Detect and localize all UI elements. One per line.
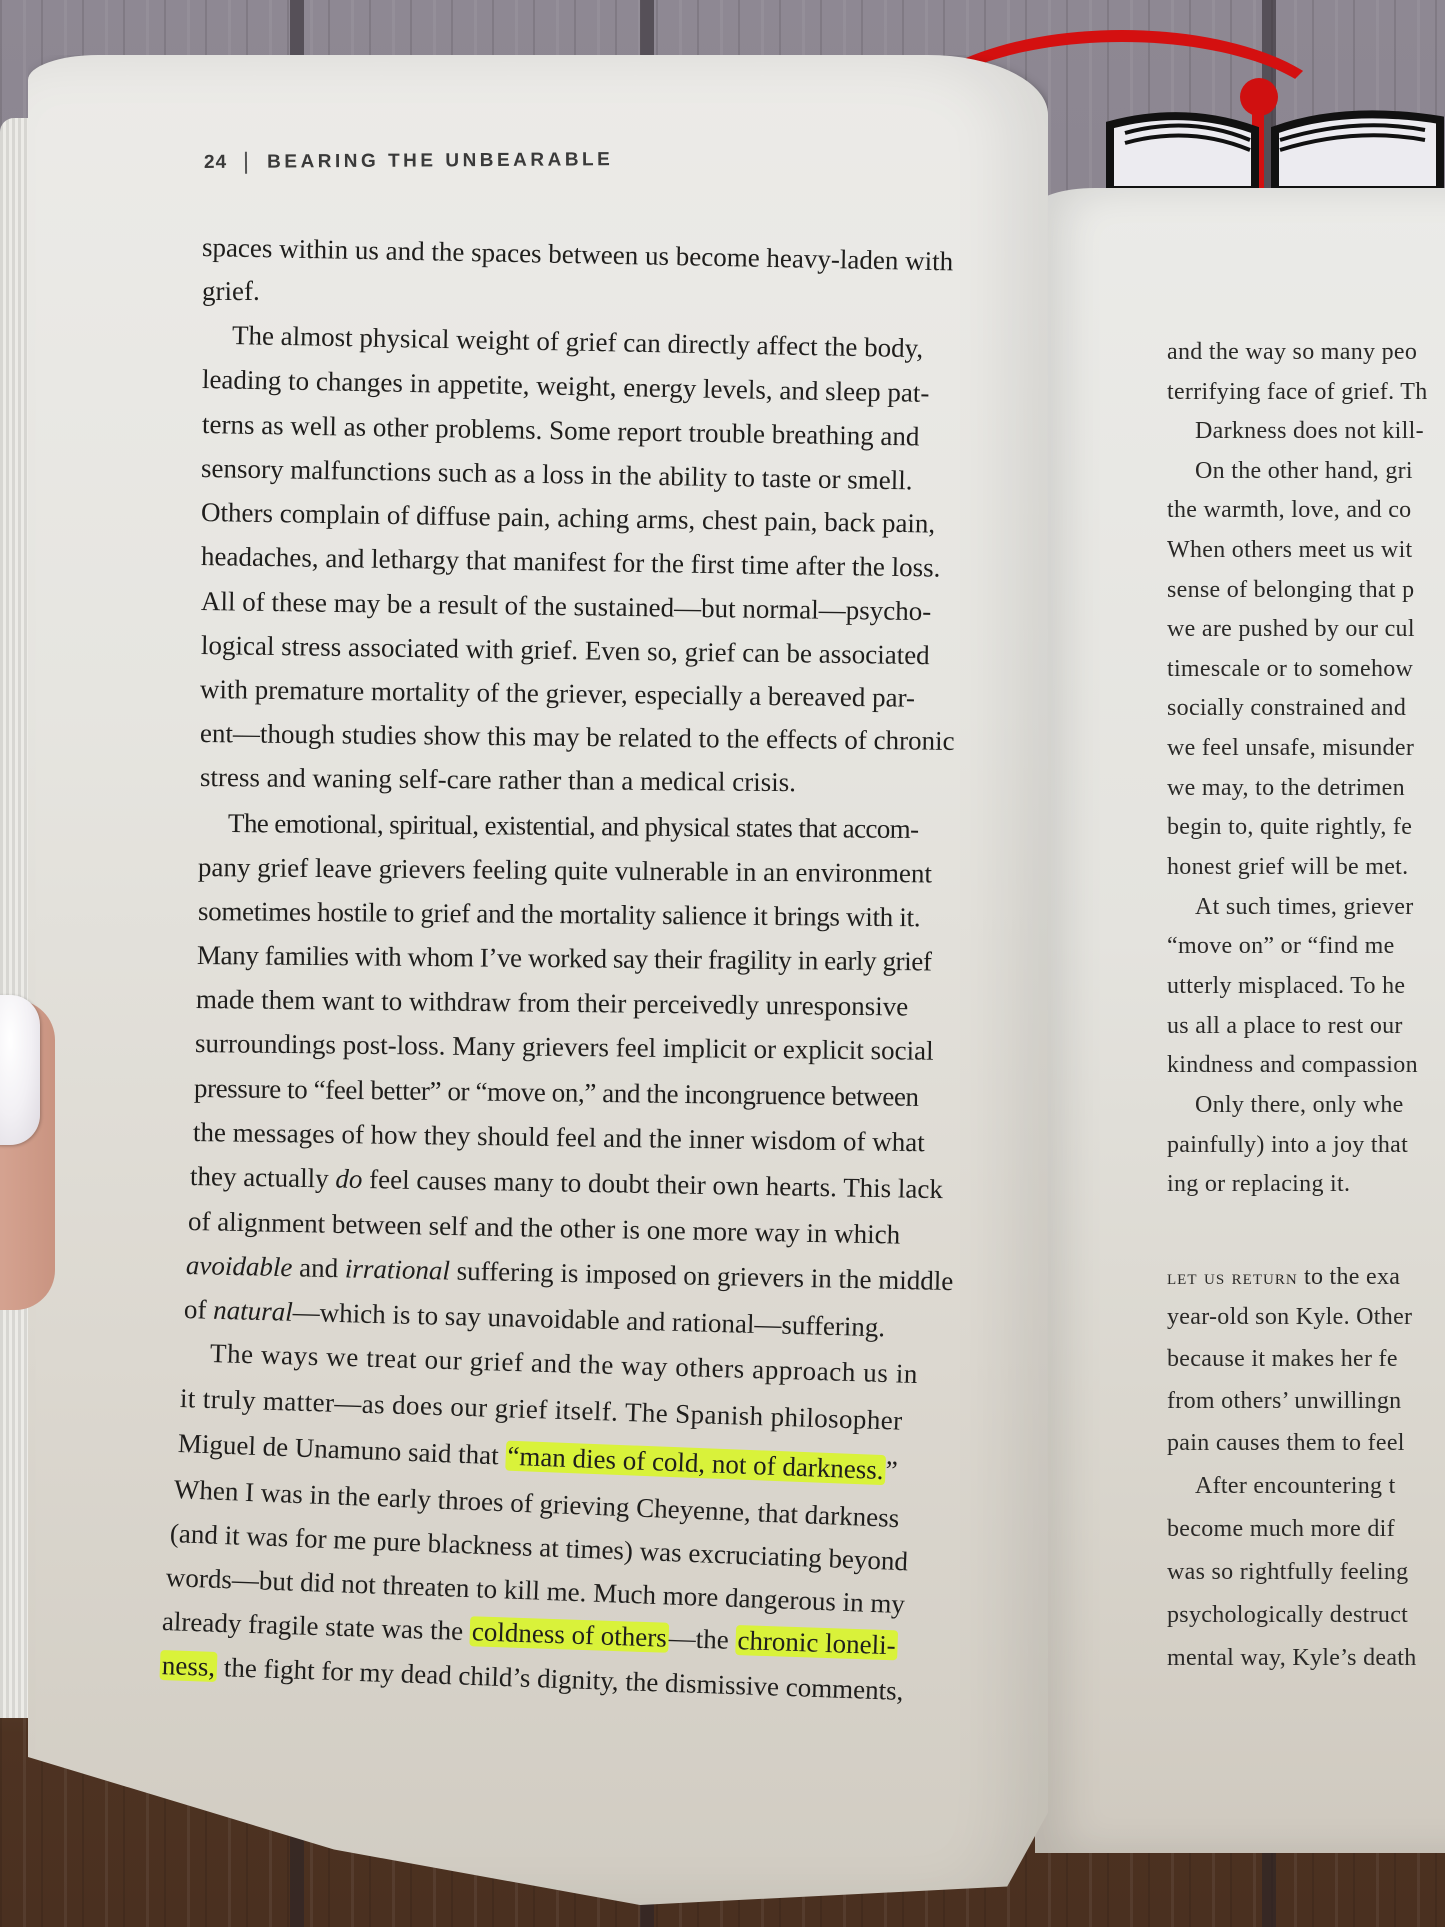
text-line: we feel unsafe, misunder — [1167, 734, 1414, 762]
text-line: socially constrained and — [1167, 694, 1406, 722]
text-line: was so rightfully feeling — [1167, 1558, 1408, 1586]
italic-text: natural — [213, 1295, 293, 1327]
italic-text: avoidable — [186, 1250, 293, 1282]
text-line: honest grief will be met. — [1167, 853, 1408, 881]
text-line: Many families with whom I’ve worked say … — [197, 940, 932, 976]
text-span: ” — [885, 1455, 898, 1485]
italic-text: irrational — [345, 1253, 451, 1285]
header-divider — [245, 152, 247, 174]
text-line: the warmth, love, and co — [1167, 496, 1411, 524]
text-line: timescale or to somehow — [1167, 655, 1413, 683]
text-line: begin to, quite rightly, fe — [1167, 813, 1412, 841]
bookmark — [1105, 105, 1445, 195]
small-caps-lead: let us return — [1167, 1264, 1298, 1289]
text-line: sense of belonging that p — [1167, 576, 1414, 604]
text-line: from others’ unwillingn — [1167, 1387, 1401, 1415]
text-line: On the other hand, gri — [1195, 457, 1413, 485]
italic-text: do — [335, 1164, 363, 1194]
text-span: to the exa — [1298, 1264, 1401, 1290]
book-title: BEARING THE UNBEARABLE — [267, 149, 613, 172]
text-line: us all a place to rest our — [1167, 1012, 1403, 1040]
text-line: The emotional, spiritual, existential, a… — [228, 808, 919, 844]
text-span: and — [292, 1252, 345, 1283]
text-line: mental way, Kyle’s death — [1167, 1644, 1417, 1672]
text-line: painfully) into a joy that — [1167, 1131, 1408, 1159]
text-line: psychologically destruct — [1167, 1601, 1408, 1629]
text-line: kindness and compassion — [1167, 1051, 1418, 1079]
text-line: we are pushed by our cul — [1167, 615, 1415, 643]
section-start-line: let us return to the exa — [1167, 1263, 1400, 1291]
highlighted-text: ness, — [159, 1650, 217, 1682]
running-head: 24BEARING THE UNBEARABLE — [204, 149, 613, 174]
text-line: we may, to the detrimen — [1167, 774, 1405, 802]
text-line: grief. — [202, 276, 260, 306]
text-line: pain causes them to feel — [1167, 1429, 1405, 1457]
text-line: “move on” or “find me — [1167, 932, 1395, 960]
text-line: After encountering t — [1195, 1472, 1396, 1500]
text-line: become much more dif — [1167, 1515, 1395, 1543]
page-number: 24 — [204, 152, 227, 173]
text-line: stress and waning self-care rather than … — [200, 762, 796, 797]
text-line: utterly misplaced. To he — [1167, 972, 1405, 1000]
text-line: and the way so many peo — [1167, 338, 1417, 366]
text-line: year-old son Kyle. Other — [1167, 1303, 1412, 1331]
text-line: pany grief leave grievers feeling quite … — [198, 852, 932, 888]
thumbnail-polish — [0, 995, 40, 1145]
text-span: they actually — [190, 1161, 336, 1194]
text-line: terrifying face of grief. Th — [1167, 378, 1428, 406]
text-line: Only there, only whe — [1195, 1091, 1404, 1119]
text-line: At such times, griever — [1195, 893, 1414, 921]
open-book-icon — [1105, 105, 1445, 195]
text-line: ing or replacing it. — [1167, 1170, 1350, 1198]
text-line: When others meet us wit — [1167, 536, 1413, 564]
text-line: because it makes her fe — [1167, 1345, 1398, 1373]
text-span: of — [184, 1294, 214, 1325]
text-line: sometimes hostile to grief and the morta… — [198, 896, 920, 932]
text-line: Darkness does not kill- — [1195, 417, 1424, 445]
text-span: —the — [668, 1623, 736, 1655]
highlighted-text: chronic loneli- — [735, 1625, 898, 1660]
